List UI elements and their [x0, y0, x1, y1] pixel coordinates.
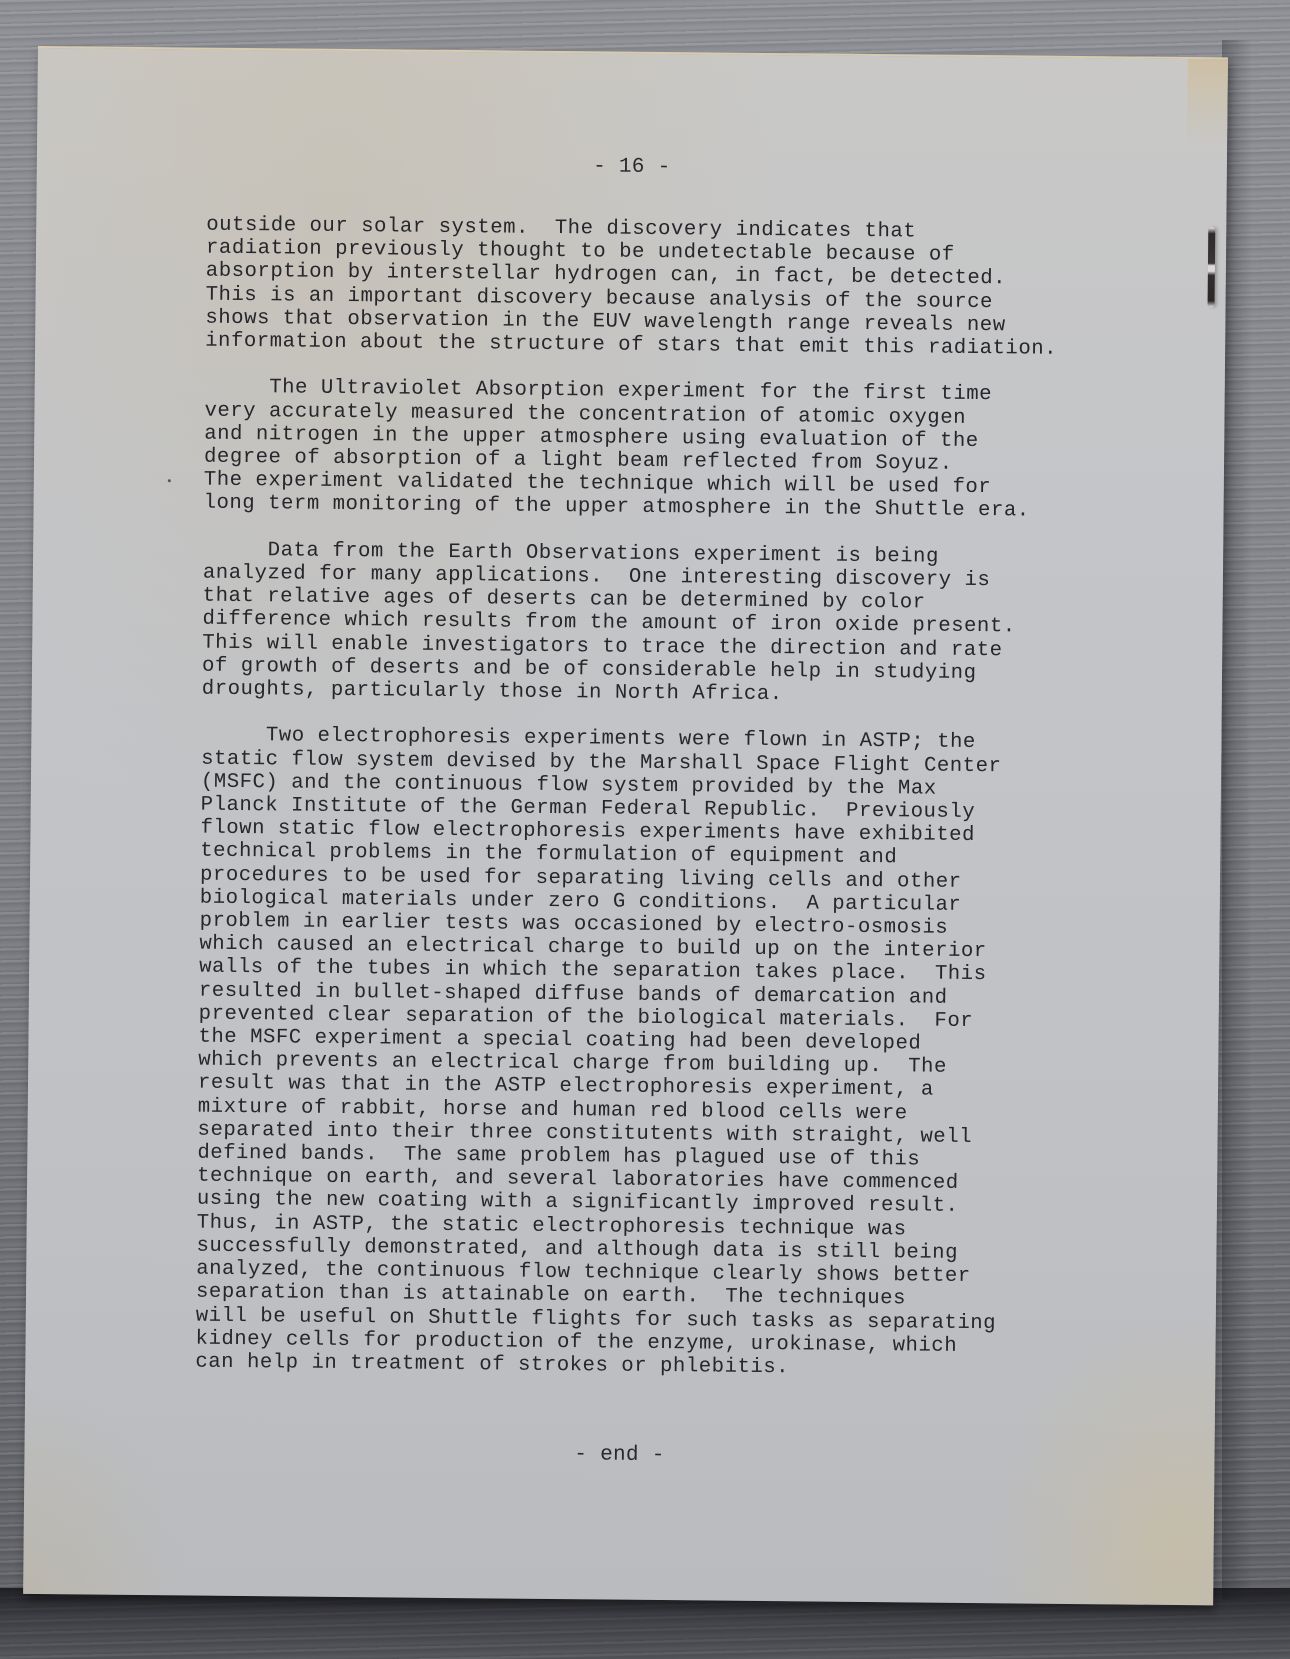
paragraph-2: The Ultraviolet Absorption experiment fo… — [204, 376, 1185, 525]
paragraph-1: outside our solar system. The discovery … — [205, 214, 1186, 363]
paper-corner-flap — [1187, 59, 1228, 144]
paper-shadow-right — [1222, 40, 1252, 1600]
paper-speck — [168, 479, 171, 482]
page-number: - 16 - — [37, 150, 1227, 184]
end-mark: - end - — [24, 1438, 1214, 1472]
body-text: outside our solar system. The discovery … — [195, 214, 1186, 1407]
staple-icon — [1208, 227, 1216, 307]
paragraph-4: Two electrophoresis experiments were flo… — [195, 724, 1181, 1383]
typed-page: - 16 - outside our solar system. The dis… — [23, 46, 1228, 1605]
paragraph-3: Data from the Earth Observations experim… — [202, 538, 1184, 710]
